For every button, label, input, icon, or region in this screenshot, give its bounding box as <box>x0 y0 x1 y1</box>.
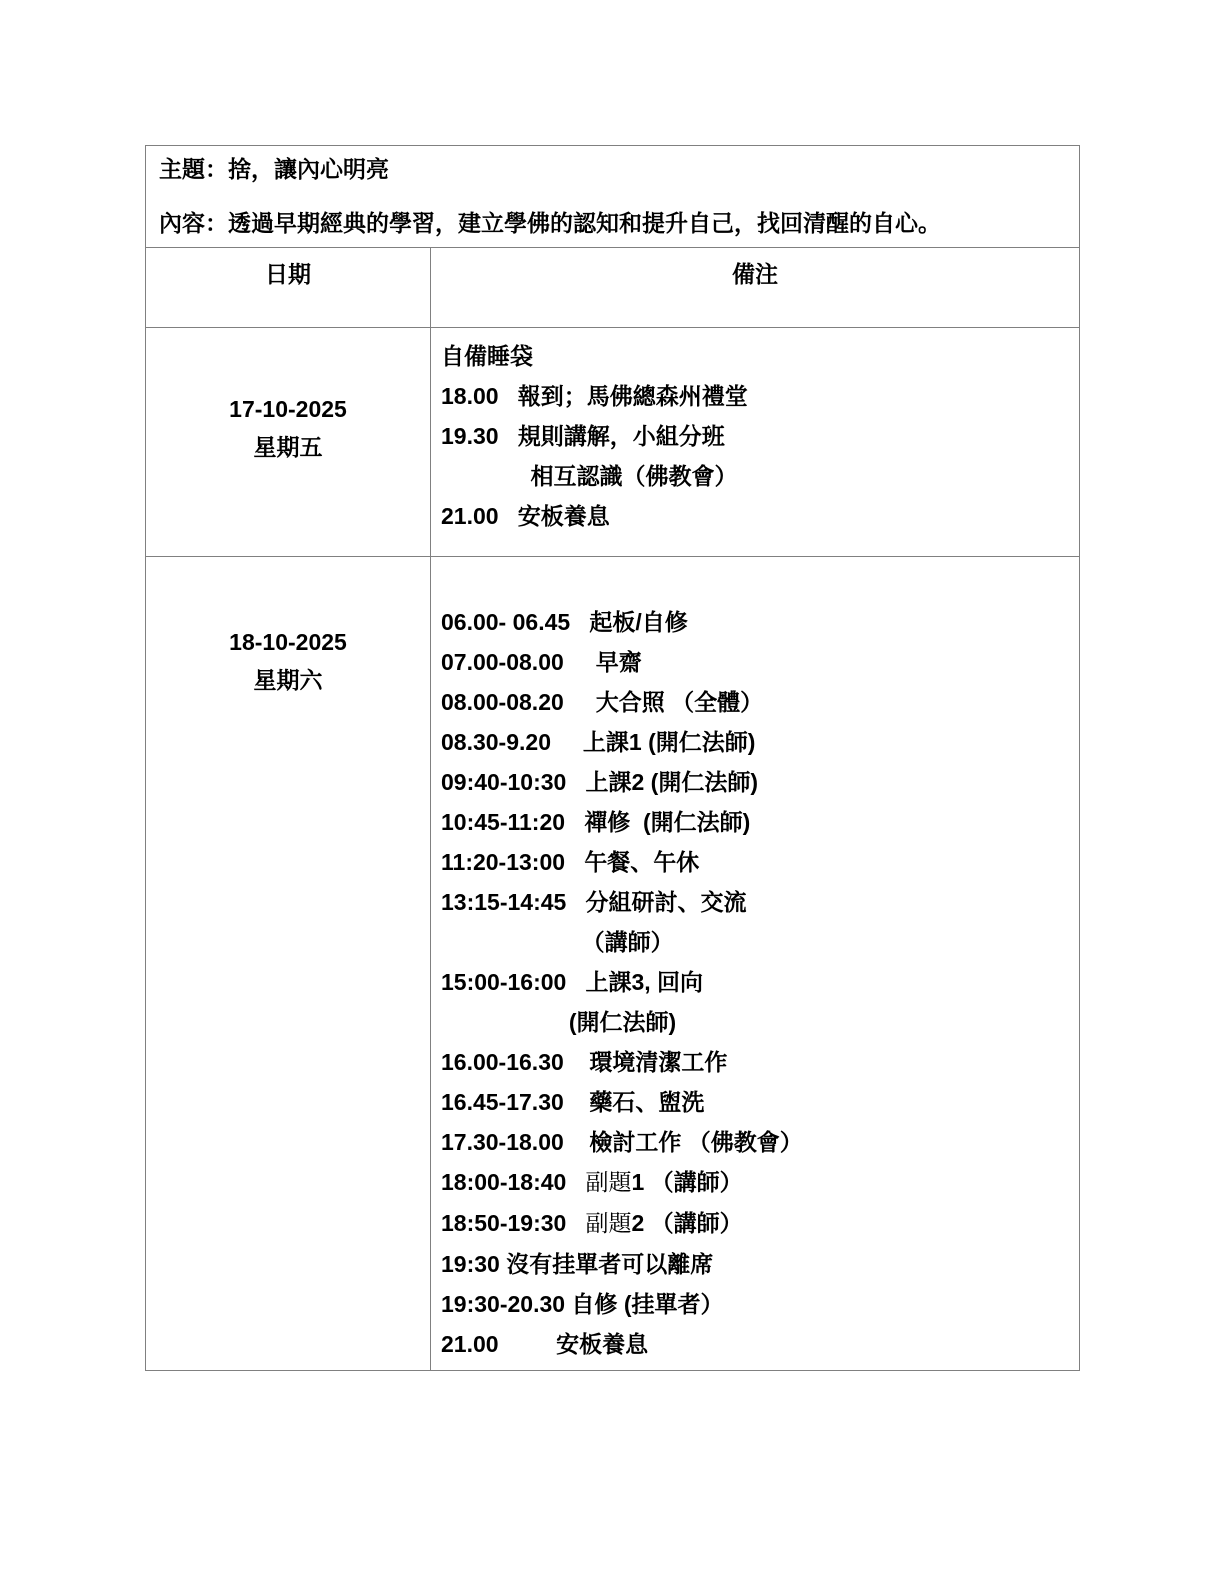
schedule-text: 06.00- 06.45 起板/自修 <box>441 609 688 635</box>
date-cell: 17-10-2025星期五 <box>146 328 431 557</box>
schedule-line: 07.00-08.00 早齋 <box>441 642 1073 682</box>
column-header-row: 日期 備注 <box>146 248 1080 328</box>
weekday-value: 星期六 <box>146 661 430 699</box>
notes-cell: 自備睡袋18.00 報到；馬佛總森州禮堂19.30 規則講解，小組分班 相互認識… <box>431 328 1080 557</box>
schedule-line: 19.30 規則講解，小組分班 <box>441 416 1073 456</box>
schedule-text: 19:30 沒有挂單者可以離席 <box>441 1251 713 1277</box>
schedule-line: 18:00-18:40 副題1 （講師） <box>441 1162 1073 1203</box>
serif-text: 副題 <box>585 1211 631 1236</box>
schedule-line: 自備睡袋 <box>441 336 1073 376</box>
schedule-text: 18:00-18:40 <box>441 1169 585 1195</box>
col-header-notes: 備注 <box>431 248 1080 328</box>
schedule-line: 06.00- 06.45 起板/自修 <box>441 602 1073 642</box>
schedule-text: 18:50-19:30 <box>441 1210 585 1236</box>
theme-line: 主題：捨，讓內心明亮 <box>159 149 1066 189</box>
schedule-text: 08.30-9.20 上課1 (開仁法師) <box>441 729 755 755</box>
schedule-text: 11:20-13:00 午餐、午休 <box>441 849 699 875</box>
schedule-text: 19.30 規則講解，小組分班 <box>441 423 725 449</box>
notes-cell: 06.00- 06.45 起板/自修07.00-08.00 早齋08.00-08… <box>431 557 1080 1371</box>
schedule-text: 2 （講師） <box>631 1210 742 1236</box>
schedule-text: 1 （講師） <box>631 1169 742 1195</box>
schedule-line: 18:50-19:30 副題2 （講師） <box>441 1203 1073 1244</box>
schedule-line: 21.00 安板養息 <box>441 496 1073 536</box>
schedule-line: 21.00 安板養息 <box>441 1324 1073 1364</box>
weekday-value: 星期五 <box>146 428 430 466</box>
schedule-text: 相互認識（佛教會） <box>441 463 737 489</box>
table-row: 18-10-2025星期六06.00- 06.45 起板/自修07.00-08.… <box>146 557 1080 1371</box>
date-value: 18-10-2025 <box>146 623 430 661</box>
schedule-table: 主題：捨，讓內心明亮 內容：透過早期經典的學習，建立學佛的認知和提升自己，找回清… <box>145 145 1080 1371</box>
schedule-line: 18.00 報到；馬佛總森州禮堂 <box>441 376 1073 416</box>
schedule-text: 07.00-08.00 早齋 <box>441 649 642 675</box>
content-line: 內容：透過早期經典的學習，建立學佛的認知和提升自己，找回清醒的自心。 <box>159 203 1066 243</box>
schedule-line: 15:00-16:00 上課3, 回向 <box>441 962 1073 1002</box>
schedule-text: 19:30-20.30 自修 (挂單者） <box>441 1291 723 1317</box>
schedule-text: 自備睡袋 <box>441 343 533 369</box>
intro-row: 主題：捨，讓內心明亮 內容：透過早期經典的學習，建立學佛的認知和提升自己，找回清… <box>146 146 1080 248</box>
schedule-text: （講師） <box>441 929 674 955</box>
schedule-text: 16.45-17.30 藥石、盥洗 <box>441 1089 704 1115</box>
schedule-text: 10:45-11:20 禪修 (開仁法師) <box>441 809 750 835</box>
date-value: 17-10-2025 <box>146 390 430 428</box>
schedule-line: 相互認識（佛教會） <box>441 456 1073 496</box>
schedule-line: 19:30 沒有挂單者可以離席 <box>441 1244 1073 1284</box>
schedule-line: 08.30-9.20 上課1 (開仁法師) <box>441 722 1073 762</box>
schedule-line: 10:45-11:20 禪修 (開仁法師) <box>441 802 1073 842</box>
col-header-date: 日期 <box>146 248 431 328</box>
schedule-line: 09:40-10:30 上課2 (開仁法師) <box>441 762 1073 802</box>
schedule-text: 16.00-16.30 環境清潔工作 <box>441 1049 727 1075</box>
schedule-line: （講師） <box>441 922 1073 962</box>
schedule-text: 17.30-18.00 檢討工作 （佛教會） <box>441 1129 803 1155</box>
schedule-text: 08.00-08.20 大合照 （全體） <box>441 689 763 715</box>
schedule-text: 15:00-16:00 上課3, 回向 <box>441 969 703 995</box>
intro-cell: 主題：捨，讓內心明亮 內容：透過早期經典的學習，建立學佛的認知和提升自己，找回清… <box>146 146 1080 248</box>
schedule-line: 19:30-20.30 自修 (挂單者） <box>441 1284 1073 1324</box>
serif-text: 副題 <box>585 1170 631 1195</box>
schedule-line: 16.00-16.30 環境清潔工作 <box>441 1042 1073 1082</box>
schedule-line: 16.45-17.30 藥石、盥洗 <box>441 1082 1073 1122</box>
schedule-line: 13:15-14:45 分組研討、交流 <box>441 882 1073 922</box>
schedule-text: (開仁法師) <box>441 1009 676 1035</box>
schedule-text: 18.00 報到；馬佛總森州禮堂 <box>441 383 748 409</box>
schedule-text: 09:40-10:30 上課2 (開仁法師) <box>441 769 758 795</box>
schedule-line: 11:20-13:00 午餐、午休 <box>441 842 1073 882</box>
document-page: 主題：捨，讓內心明亮 內容：透過早期經典的學習，建立學佛的認知和提升自己，找回清… <box>0 0 1224 1584</box>
schedule-line: 17.30-18.00 檢討工作 （佛教會） <box>441 1122 1073 1162</box>
schedule-text: 13:15-14:45 分組研討、交流 <box>441 889 746 915</box>
schedule-text: 21.00 安板養息 <box>441 1331 648 1357</box>
table-row: 17-10-2025星期五自備睡袋18.00 報到；馬佛總森州禮堂19.30 規… <box>146 328 1080 557</box>
date-cell: 18-10-2025星期六 <box>146 557 431 1371</box>
schedule-text: 21.00 安板養息 <box>441 503 610 529</box>
schedule-line: (開仁法師) <box>441 1002 1073 1042</box>
schedule-line: 08.00-08.20 大合照 （全體） <box>441 682 1073 722</box>
